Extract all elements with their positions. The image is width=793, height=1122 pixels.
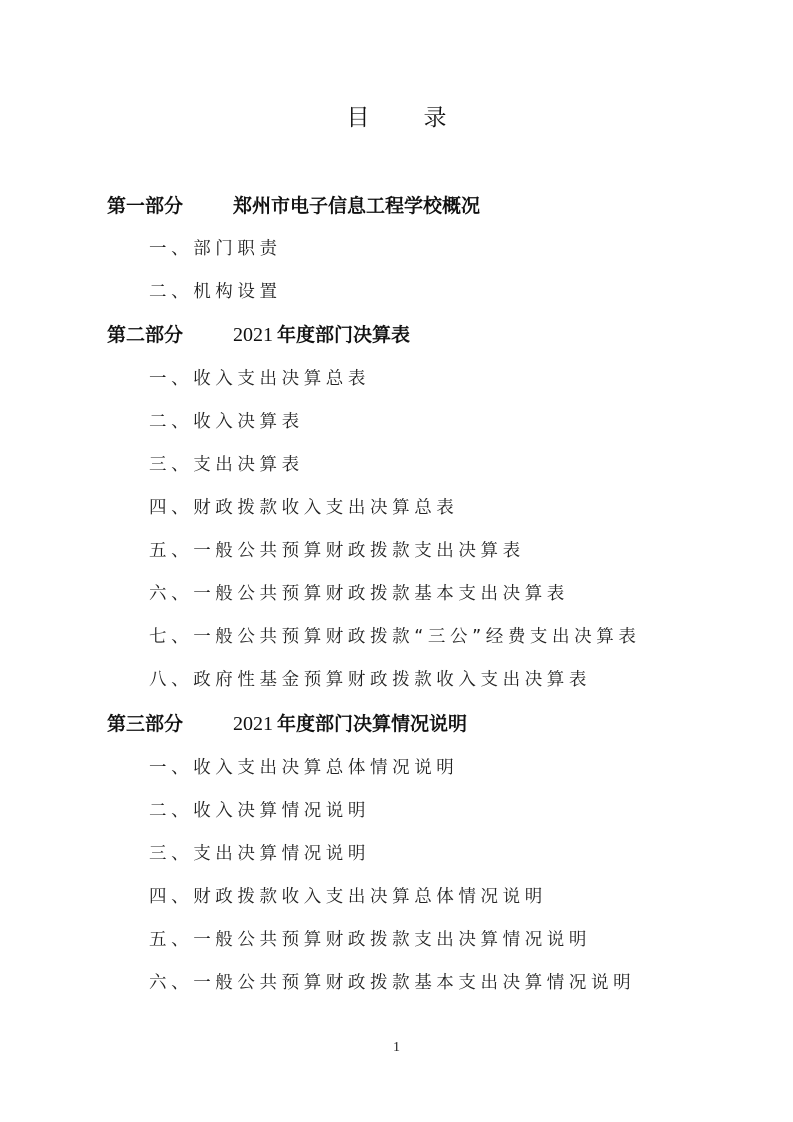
part-title-text: 年度部门决算表 bbox=[277, 324, 410, 346]
page-number: 1 bbox=[0, 1040, 793, 1056]
toc-item[interactable]: 五、一般公共预算财政拨款支出决算情况说明 bbox=[149, 925, 591, 955]
part-year: 2021 bbox=[233, 713, 273, 735]
toc-item[interactable]: 二、机构设置 bbox=[149, 277, 282, 307]
toc-part-1[interactable]: 第一部分郑州市电子信息工程学校概况 bbox=[107, 191, 480, 221]
part-year: 2021 bbox=[233, 324, 273, 346]
title-char-2: 录 bbox=[424, 103, 447, 133]
part-label: 第一部分 bbox=[107, 191, 233, 221]
part-title-text: 年度部门决算情况说明 bbox=[277, 713, 467, 735]
document-page: 目录 第一部分郑州市电子信息工程学校概况 一、部门职责 二、机构设置 第二部分2… bbox=[0, 0, 793, 1122]
toc-item[interactable]: 一、收入支出决算总表 bbox=[149, 364, 370, 394]
toc-item[interactable]: 四、财政拨款收入支出决算总表 bbox=[149, 493, 458, 523]
page-title: 目录 bbox=[0, 103, 793, 133]
toc-item[interactable]: 四、财政拨款收入支出决算总体情况说明 bbox=[149, 882, 547, 912]
toc-item[interactable]: 五、一般公共预算财政拨款支出决算表 bbox=[149, 536, 525, 566]
toc-item[interactable]: 二、收入决算情况说明 bbox=[149, 796, 370, 826]
part-label: 第二部分 bbox=[107, 320, 233, 350]
toc-item[interactable]: 一、部门职责 bbox=[149, 234, 282, 264]
toc-part-2[interactable]: 第二部分2021年度部门决算表 bbox=[107, 320, 410, 350]
toc-item[interactable]: 三、支出决算表 bbox=[149, 450, 304, 480]
part-title: 2021年度部门决算表 bbox=[233, 320, 410, 350]
title-char-1: 目 bbox=[347, 103, 370, 133]
toc-item[interactable]: 七、一般公共预算财政拨款“三公”经费支出决算表 bbox=[149, 622, 640, 652]
toc-item[interactable]: 六、一般公共预算财政拨款基本支出决算情况说明 bbox=[149, 968, 635, 998]
toc-item[interactable]: 六、一般公共预算财政拨款基本支出决算表 bbox=[149, 579, 569, 609]
part-label: 第三部分 bbox=[107, 709, 233, 739]
toc-item[interactable]: 八、政府性基金预算财政拨款收入支出决算表 bbox=[149, 665, 591, 695]
part-title: 郑州市电子信息工程学校概况 bbox=[233, 191, 480, 221]
part-title: 2021年度部门决算情况说明 bbox=[233, 709, 467, 739]
toc-item[interactable]: 二、收入决算表 bbox=[149, 407, 304, 437]
toc-item[interactable]: 一、收入支出决算总体情况说明 bbox=[149, 753, 458, 783]
toc-item[interactable]: 三、支出决算情况说明 bbox=[149, 839, 370, 869]
toc-part-3[interactable]: 第三部分2021年度部门决算情况说明 bbox=[107, 709, 467, 739]
